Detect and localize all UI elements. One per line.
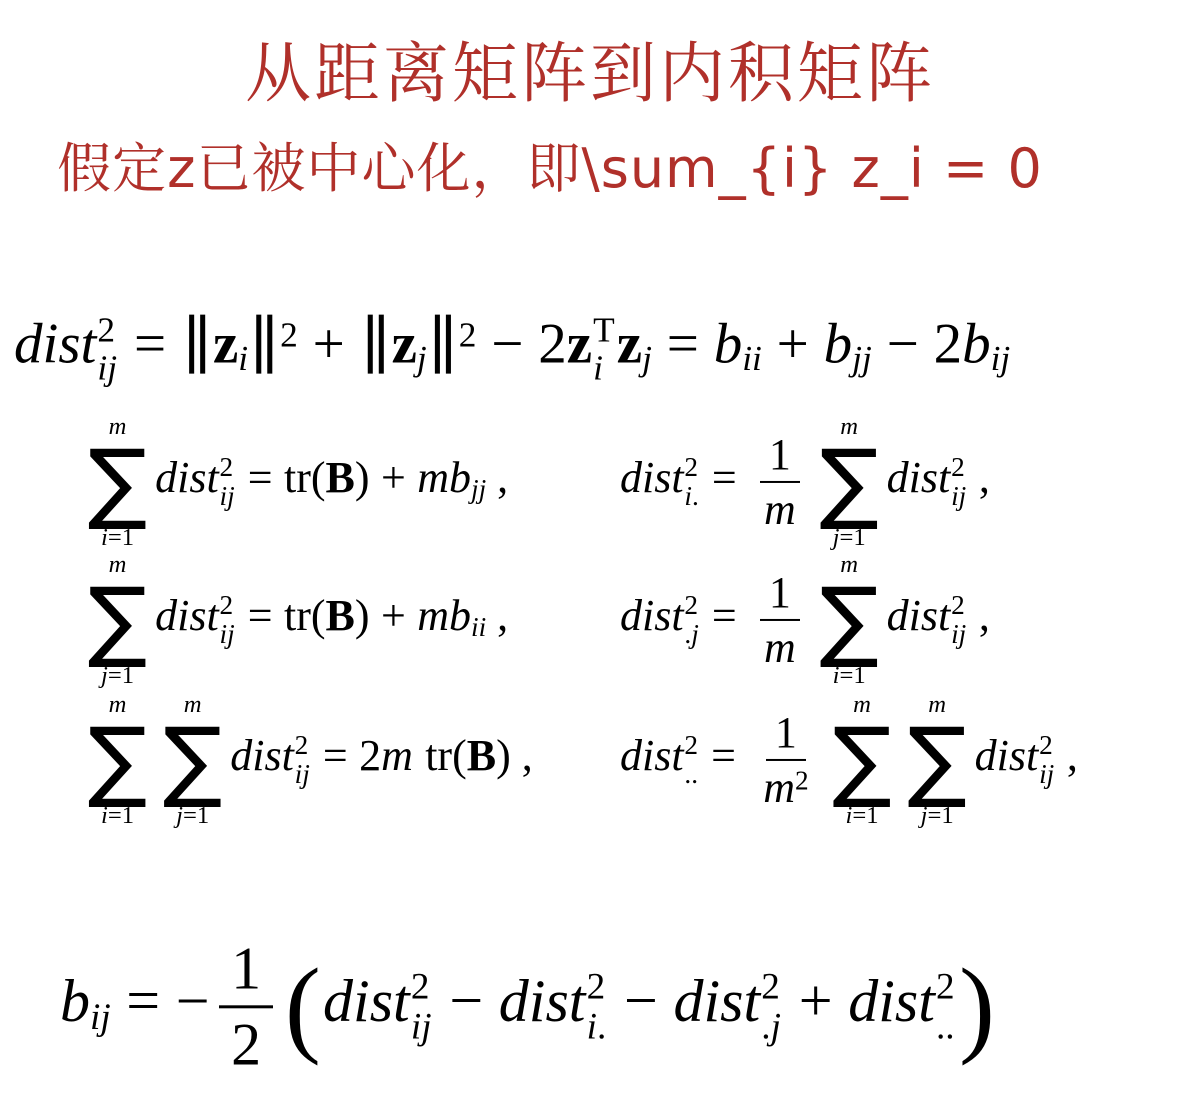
math-superscript: 2	[587, 967, 606, 1007]
math-subscript: j	[417, 339, 427, 378]
math-subscript: ..	[936, 1007, 955, 1047]
math-operator: =	[667, 312, 699, 375]
math-fraction: 1m2	[754, 708, 817, 813]
sigma-glyph: ∑	[832, 720, 891, 801]
math-operator: +	[381, 453, 406, 502]
fraction-numerator: 1	[760, 568, 800, 621]
summation-sigma: m∑j=1	[163, 690, 222, 830]
math-sup-sub: 2i.	[684, 453, 698, 512]
math-fraction: 12	[219, 935, 273, 1078]
math-operator: =	[134, 312, 166, 375]
math-paren: )	[959, 947, 995, 1066]
math-subscript: ij	[220, 620, 235, 649]
math-superscript: 2	[684, 731, 698, 760]
summation-sigma: m∑j=1	[819, 412, 878, 552]
math-superscript: 2	[684, 591, 698, 620]
math-variable: dist	[323, 968, 410, 1034]
math-text: 2	[231, 1012, 261, 1078]
math-sup-sub: 2ij	[97, 311, 117, 387]
math-subscript: ij	[295, 760, 310, 789]
math-bold-variable: z	[617, 312, 642, 375]
math-text: )	[355, 453, 370, 502]
math-operator: =	[711, 731, 736, 780]
math-operator: +	[381, 591, 406, 640]
math-superscript: 2	[684, 453, 698, 482]
fraction-numerator: 1	[760, 430, 800, 483]
math-text: ,	[486, 453, 508, 502]
math-variable: dist	[155, 591, 219, 640]
sigma-glyph: ∑	[88, 442, 147, 523]
sum-lower-limit: j=1	[101, 660, 134, 690]
equation-sum-over-i: m∑i=1dist2ij=tr(B)+mbjj ,	[80, 412, 620, 552]
math-variable: dist	[230, 731, 294, 780]
math-sup-sub: 2.j	[684, 591, 698, 650]
math-variable: m	[763, 763, 795, 812]
equation-dist-i-mean: dist2i.=1mm∑j=1dist2ij ,	[620, 412, 990, 552]
math-text: ,	[968, 453, 990, 502]
math-bold-variable: B	[467, 731, 496, 780]
sigma-glyph: ∑	[163, 720, 222, 801]
math-superscript: 2	[936, 967, 955, 1007]
math-superscript: 2	[459, 316, 477, 355]
summation-sigma: m∑j=1	[907, 690, 966, 830]
summation-sigma: m∑i=1	[819, 550, 878, 690]
summation-sigma: m∑i=1	[88, 412, 147, 552]
math-subscript: ij	[97, 349, 117, 387]
math-variable: mb	[417, 591, 471, 640]
math-sup-sub: 2..	[684, 731, 698, 790]
math-operator: =	[712, 591, 737, 640]
math-fraction: 1m	[755, 568, 804, 673]
math-sup-sub: 2ij	[220, 453, 235, 512]
math-subscript: j	[642, 339, 652, 378]
math-superscript: 2	[951, 453, 965, 482]
math-operator: =	[126, 968, 160, 1034]
norm-bars: ∥	[361, 311, 390, 382]
sigma-glyph: ∑	[819, 442, 878, 523]
math-superscript: 2	[280, 316, 298, 355]
math-superscript: 2	[97, 311, 115, 349]
sum-lower-limit: i=1	[833, 660, 866, 690]
math-operator: −	[887, 312, 919, 375]
math-bold-variable: z	[213, 312, 238, 375]
slide-title: 从距离矩阵到内积矩阵	[0, 20, 1180, 115]
math-sup-sub: 2ij	[411, 967, 432, 1047]
math-subscript: i.	[684, 482, 698, 511]
math-bold-variable: z	[567, 312, 592, 375]
math-variable: m	[381, 731, 413, 780]
math-variable: b	[962, 312, 991, 375]
math-text: 1	[769, 430, 791, 479]
norm-bars: ∥	[182, 311, 211, 382]
math-variable: b	[60, 968, 90, 1034]
math-superscript: 2	[795, 766, 809, 796]
sum-lower-limit: i=1	[101, 522, 134, 552]
math-variable: m	[764, 485, 796, 534]
fraction-denominator: m	[755, 483, 804, 534]
equation-sum-over-j: m∑j=1dist2ij=tr(B)+mbii ,	[80, 550, 620, 690]
math-subscript: jj	[471, 474, 486, 504]
sum-lower-limit: j=1	[833, 522, 866, 552]
math-text: ,	[486, 591, 508, 640]
equation-row-1: m∑i=1dist2ij=tr(B)+mbjj , dist2i.=1mm∑j=…	[80, 412, 990, 552]
equation-row-3: m∑i=1m∑j=1dist2ij=2mtr(B) , dist2..=1m2m…	[80, 690, 1078, 830]
math-text: 1	[769, 568, 791, 617]
equation-dist-grand-mean: dist2..=1m2m∑i=1m∑j=1dist2ij ,	[620, 690, 1078, 830]
math-superscript: 2	[761, 967, 780, 1007]
fraction-denominator: m2	[754, 761, 817, 812]
math-text: ,	[1056, 731, 1078, 780]
math-variable: dist	[620, 453, 684, 502]
math-sup-sub: 2ij	[220, 591, 235, 650]
sum-lower-limit: j=1	[921, 800, 954, 830]
math-subscript: .j	[761, 1007, 781, 1047]
math-text: 2	[934, 312, 963, 375]
math-bold-variable: z	[392, 312, 417, 375]
math-text: 1	[231, 935, 261, 1001]
sigma-glyph: ∑	[907, 720, 966, 801]
math-text: tr(	[425, 731, 467, 780]
math-subscript: ij	[951, 620, 966, 649]
math-fraction: 1m	[755, 430, 804, 535]
sigma-glyph: ∑	[88, 580, 147, 661]
math-superscript: 2	[295, 731, 309, 760]
math-variable: dist	[887, 591, 951, 640]
norm-bars: ∥	[428, 311, 457, 382]
math-superscript: T	[593, 311, 615, 349]
math-sup-sub: 2ij	[1039, 731, 1054, 790]
fraction-denominator: m	[755, 621, 804, 672]
sigma-glyph: ∑	[88, 720, 147, 801]
fraction-numerator: 1	[766, 708, 806, 761]
fraction-denominator: 2	[219, 1009, 273, 1079]
math-sup-sub: 2i.	[587, 967, 607, 1047]
math-text: )	[355, 591, 370, 640]
slide-subtitle: 假定z已被中心化，即\sum_{i} z_i = 0	[0, 126, 1140, 203]
math-variable: dist	[673, 968, 760, 1034]
math-operator: +	[777, 312, 809, 375]
math-variable: dist	[620, 591, 684, 640]
math-operator: =	[323, 731, 348, 780]
math-subscript: ij	[411, 1007, 432, 1047]
math-variable: b	[714, 312, 743, 375]
math-subscript: i	[593, 349, 603, 387]
summation-sigma: m∑i=1	[832, 690, 891, 830]
math-operator: =	[712, 453, 737, 502]
math-sup-sub: 2ij	[951, 453, 966, 512]
math-text: 2	[538, 312, 567, 375]
equation-double-sum: m∑i=1m∑j=1dist2ij=2mtr(B) ,	[80, 690, 620, 830]
math-subscript: ij	[220, 482, 235, 511]
equation-dist-j-mean: dist2.j=1mm∑i=1dist2ij ,	[620, 550, 990, 690]
math-variable: dist	[155, 453, 219, 502]
math-subscript: i	[238, 339, 248, 378]
norm-bars: ∥	[249, 311, 278, 382]
math-variable: dist	[620, 731, 684, 780]
equation-bij-result: bij=−12(dist2ij−dist2i.−dist2.j+dist2..)	[60, 935, 997, 1078]
math-superscript: 2	[1039, 731, 1053, 760]
math-subscript: jj	[852, 339, 872, 378]
math-text: tr(	[284, 591, 326, 640]
sigma-glyph: ∑	[819, 580, 878, 661]
math-operator: +	[313, 312, 345, 375]
slide: 从距离矩阵到内积矩阵 假定z已被中心化，即\sum_{i} z_i = 0 di…	[0, 0, 1180, 1105]
math-text: ,	[511, 731, 533, 780]
math-variable: dist	[14, 312, 96, 375]
math-operator: =	[248, 453, 273, 502]
math-subscript: .j	[684, 620, 698, 649]
math-bold-variable: B	[326, 591, 355, 640]
sum-lower-limit: i=1	[845, 800, 878, 830]
math-variable: b	[824, 312, 853, 375]
equation-dist-expansion: dist2ij=∥zi∥2+∥zj∥2−2zTizj=bii+bjj−2bij	[14, 307, 1010, 388]
sum-lower-limit: i=1	[101, 800, 134, 830]
equation-row-2: m∑j=1dist2ij=tr(B)+mbii , dist2.j=1mm∑i=…	[80, 550, 990, 690]
math-superscript: 2	[951, 591, 965, 620]
math-superscript: 2	[220, 591, 234, 620]
math-sup-sub: 2ij	[951, 591, 966, 650]
math-sup-sub: 2..	[936, 967, 955, 1047]
fraction-numerator: 1	[219, 935, 273, 1008]
math-variable: dist	[887, 453, 951, 502]
math-text: 1	[775, 708, 797, 757]
math-subscript: ij	[1039, 760, 1054, 789]
math-variable: dist	[499, 968, 586, 1034]
math-operator: −	[449, 968, 483, 1034]
summation-sigma: m∑j=1	[88, 550, 147, 690]
math-text: ,	[968, 591, 990, 640]
sum-lower-limit: j=1	[176, 800, 209, 830]
math-superscript: 2	[220, 453, 234, 482]
math-operator: −	[624, 968, 658, 1034]
math-subscript: ij	[951, 482, 966, 511]
math-text: 2	[359, 731, 381, 780]
math-operator: =	[248, 591, 273, 640]
math-sup-sub: 2.j	[761, 967, 781, 1047]
math-subscript: ii	[742, 339, 762, 378]
math-sup-sub: Ti	[593, 311, 615, 387]
math-sup-sub: 2ij	[295, 731, 310, 790]
math-variable: mb	[417, 453, 471, 502]
math-operator: −	[491, 312, 523, 375]
math-subscript: ii	[471, 612, 486, 642]
math-subscript: ij	[90, 997, 111, 1038]
math-variable: dist	[975, 731, 1039, 780]
math-subscript: i.	[587, 1007, 607, 1047]
math-variable: dist	[848, 968, 935, 1034]
math-text: −	[176, 968, 210, 1034]
summation-sigma: m∑i=1	[88, 690, 147, 830]
math-subscript: ..	[684, 760, 698, 789]
math-paren: (	[285, 947, 321, 1066]
math-variable: m	[764, 623, 796, 672]
math-subscript: ij	[991, 339, 1011, 378]
math-operator: +	[799, 968, 833, 1034]
math-bold-variable: B	[326, 453, 355, 502]
math-text: )	[496, 731, 511, 780]
math-superscript: 2	[411, 967, 430, 1007]
math-text: tr(	[284, 453, 326, 502]
